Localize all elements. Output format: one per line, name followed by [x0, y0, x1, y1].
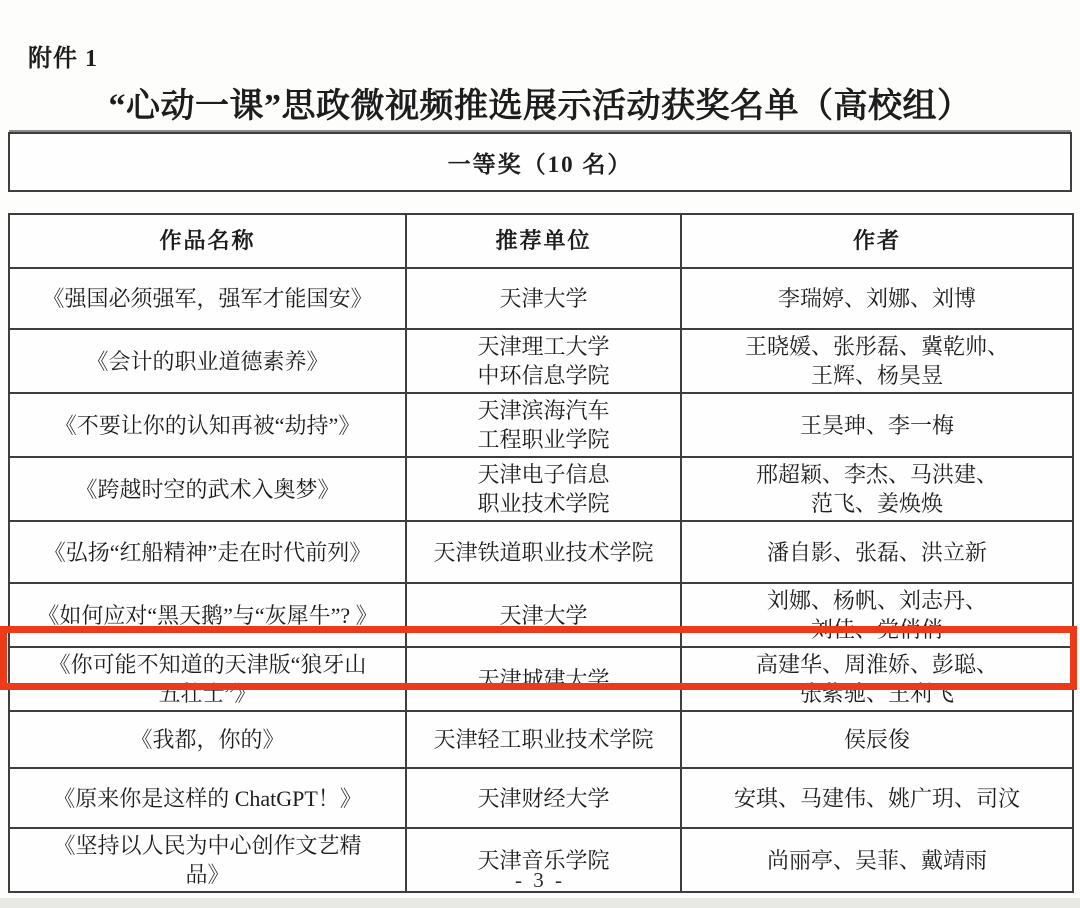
work-title-cell: 《跨越时空的武术入奥梦》 [9, 457, 406, 521]
unit-cell: 天津大学 [406, 268, 681, 329]
unit-cell: 天津大学 [406, 583, 681, 647]
work-title-cell: 《原来你是这样的 ChatGPT！》 [9, 768, 406, 828]
authors-cell: 刘娜、杨帆、刘志丹、 刘佳、党俏俏 [681, 583, 1073, 647]
prize-section-label: 一等奖（10 名） [448, 146, 633, 179]
authors-cell: 王昊珅、李一梅 [681, 393, 1073, 457]
document-title: “心动一课”思政微视频推选展示活动获奖名单（高校组） [0, 78, 1080, 127]
scan-edge [0, 898, 1080, 908]
table-row: 《强国必须强军，强军才能国安》 天津大学 李瑞婷、刘娜、刘博 [9, 268, 1073, 329]
work-title-cell: 《强国必须强军，强军才能国安》 [9, 268, 406, 329]
header-recommending-unit: 推荐单位 [406, 214, 681, 268]
table-row: 《弘扬“红船精神”走在时代前列》 天津铁道职业技术学院 潘自影、张磊、洪立新 [9, 521, 1073, 583]
table-row: 《我都，你的》 天津轻工职业技术学院 侯辰俊 [9, 711, 1073, 768]
unit-cell: 天津城建大学 [406, 647, 681, 711]
prize-section-header: 一等奖（10 名） [8, 132, 1072, 192]
table-row: 《不要让你的认知再被“劫持”》 天津滨海汽车 工程职业学院 王昊珅、李一梅 [9, 393, 1073, 457]
work-title-cell: 《我都，你的》 [9, 711, 406, 768]
page-number: - 3 - [0, 868, 1080, 893]
authors-cell: 侯辰俊 [681, 711, 1073, 768]
work-title-cell: 《你可能不知道的天津版“狼牙山 五壮士”》 [9, 647, 406, 711]
award-table: 作品名称 推荐单位 作者 《强国必须强军，强军才能国安》 天津大学 李瑞婷、刘娜… [8, 213, 1074, 893]
header-authors: 作者 [681, 214, 1073, 268]
unit-cell: 天津轻工职业技术学院 [406, 711, 681, 768]
table-row: 《会计的职业道德素养》 天津理工大学 中环信息学院 王晓媛、张彤磊、冀乾帅、 王… [9, 329, 1073, 393]
authors-cell: 安琪、马建伟、姚广玥、司汶 [681, 768, 1073, 828]
table-row-highlighted: 《你可能不知道的天津版“狼牙山 五壮士”》 天津城建大学 高建华、周淮娇、彭聪、… [9, 647, 1073, 711]
work-title-cell: 《弘扬“红船精神”走在时代前列》 [9, 521, 406, 583]
attachment-label: 附件 1 [28, 38, 98, 73]
table-row: 《跨越时空的武术入奥梦》 天津电子信息 职业技术学院 邢超颖、李杰、马洪建、 范… [9, 457, 1073, 521]
authors-cell: 高建华、周淮娇、彭聪、 张紫驰、王利飞 [681, 647, 1073, 711]
authors-cell: 王晓媛、张彤磊、冀乾帅、 王辉、杨昊昱 [681, 329, 1073, 393]
unit-cell: 天津理工大学 中环信息学院 [406, 329, 681, 393]
header-work-title: 作品名称 [9, 214, 406, 268]
table-row: 《原来你是这样的 ChatGPT！》 天津财经大学 安琪、马建伟、姚广玥、司汶 [9, 768, 1073, 828]
work-title-cell: 《如何应对“黑天鹅”与“灰犀牛”? 》 [9, 583, 406, 647]
authors-cell: 邢超颖、李杰、马洪建、 范飞、姜焕焕 [681, 457, 1073, 521]
unit-cell: 天津铁道职业技术学院 [406, 521, 681, 583]
table-row: 《如何应对“黑天鹅”与“灰犀牛”? 》 天津大学 刘娜、杨帆、刘志丹、 刘佳、党… [9, 583, 1073, 647]
unit-cell: 天津财经大学 [406, 768, 681, 828]
table-header-row: 作品名称 推荐单位 作者 [9, 214, 1073, 268]
authors-cell: 李瑞婷、刘娜、刘博 [681, 268, 1073, 329]
unit-cell: 天津滨海汽车 工程职业学院 [406, 393, 681, 457]
unit-cell: 天津电子信息 职业技术学院 [406, 457, 681, 521]
work-title-cell: 《会计的职业道德素养》 [9, 329, 406, 393]
work-title-cell: 《不要让你的认知再被“劫持”》 [9, 393, 406, 457]
authors-cell: 潘自影、张磊、洪立新 [681, 521, 1073, 583]
